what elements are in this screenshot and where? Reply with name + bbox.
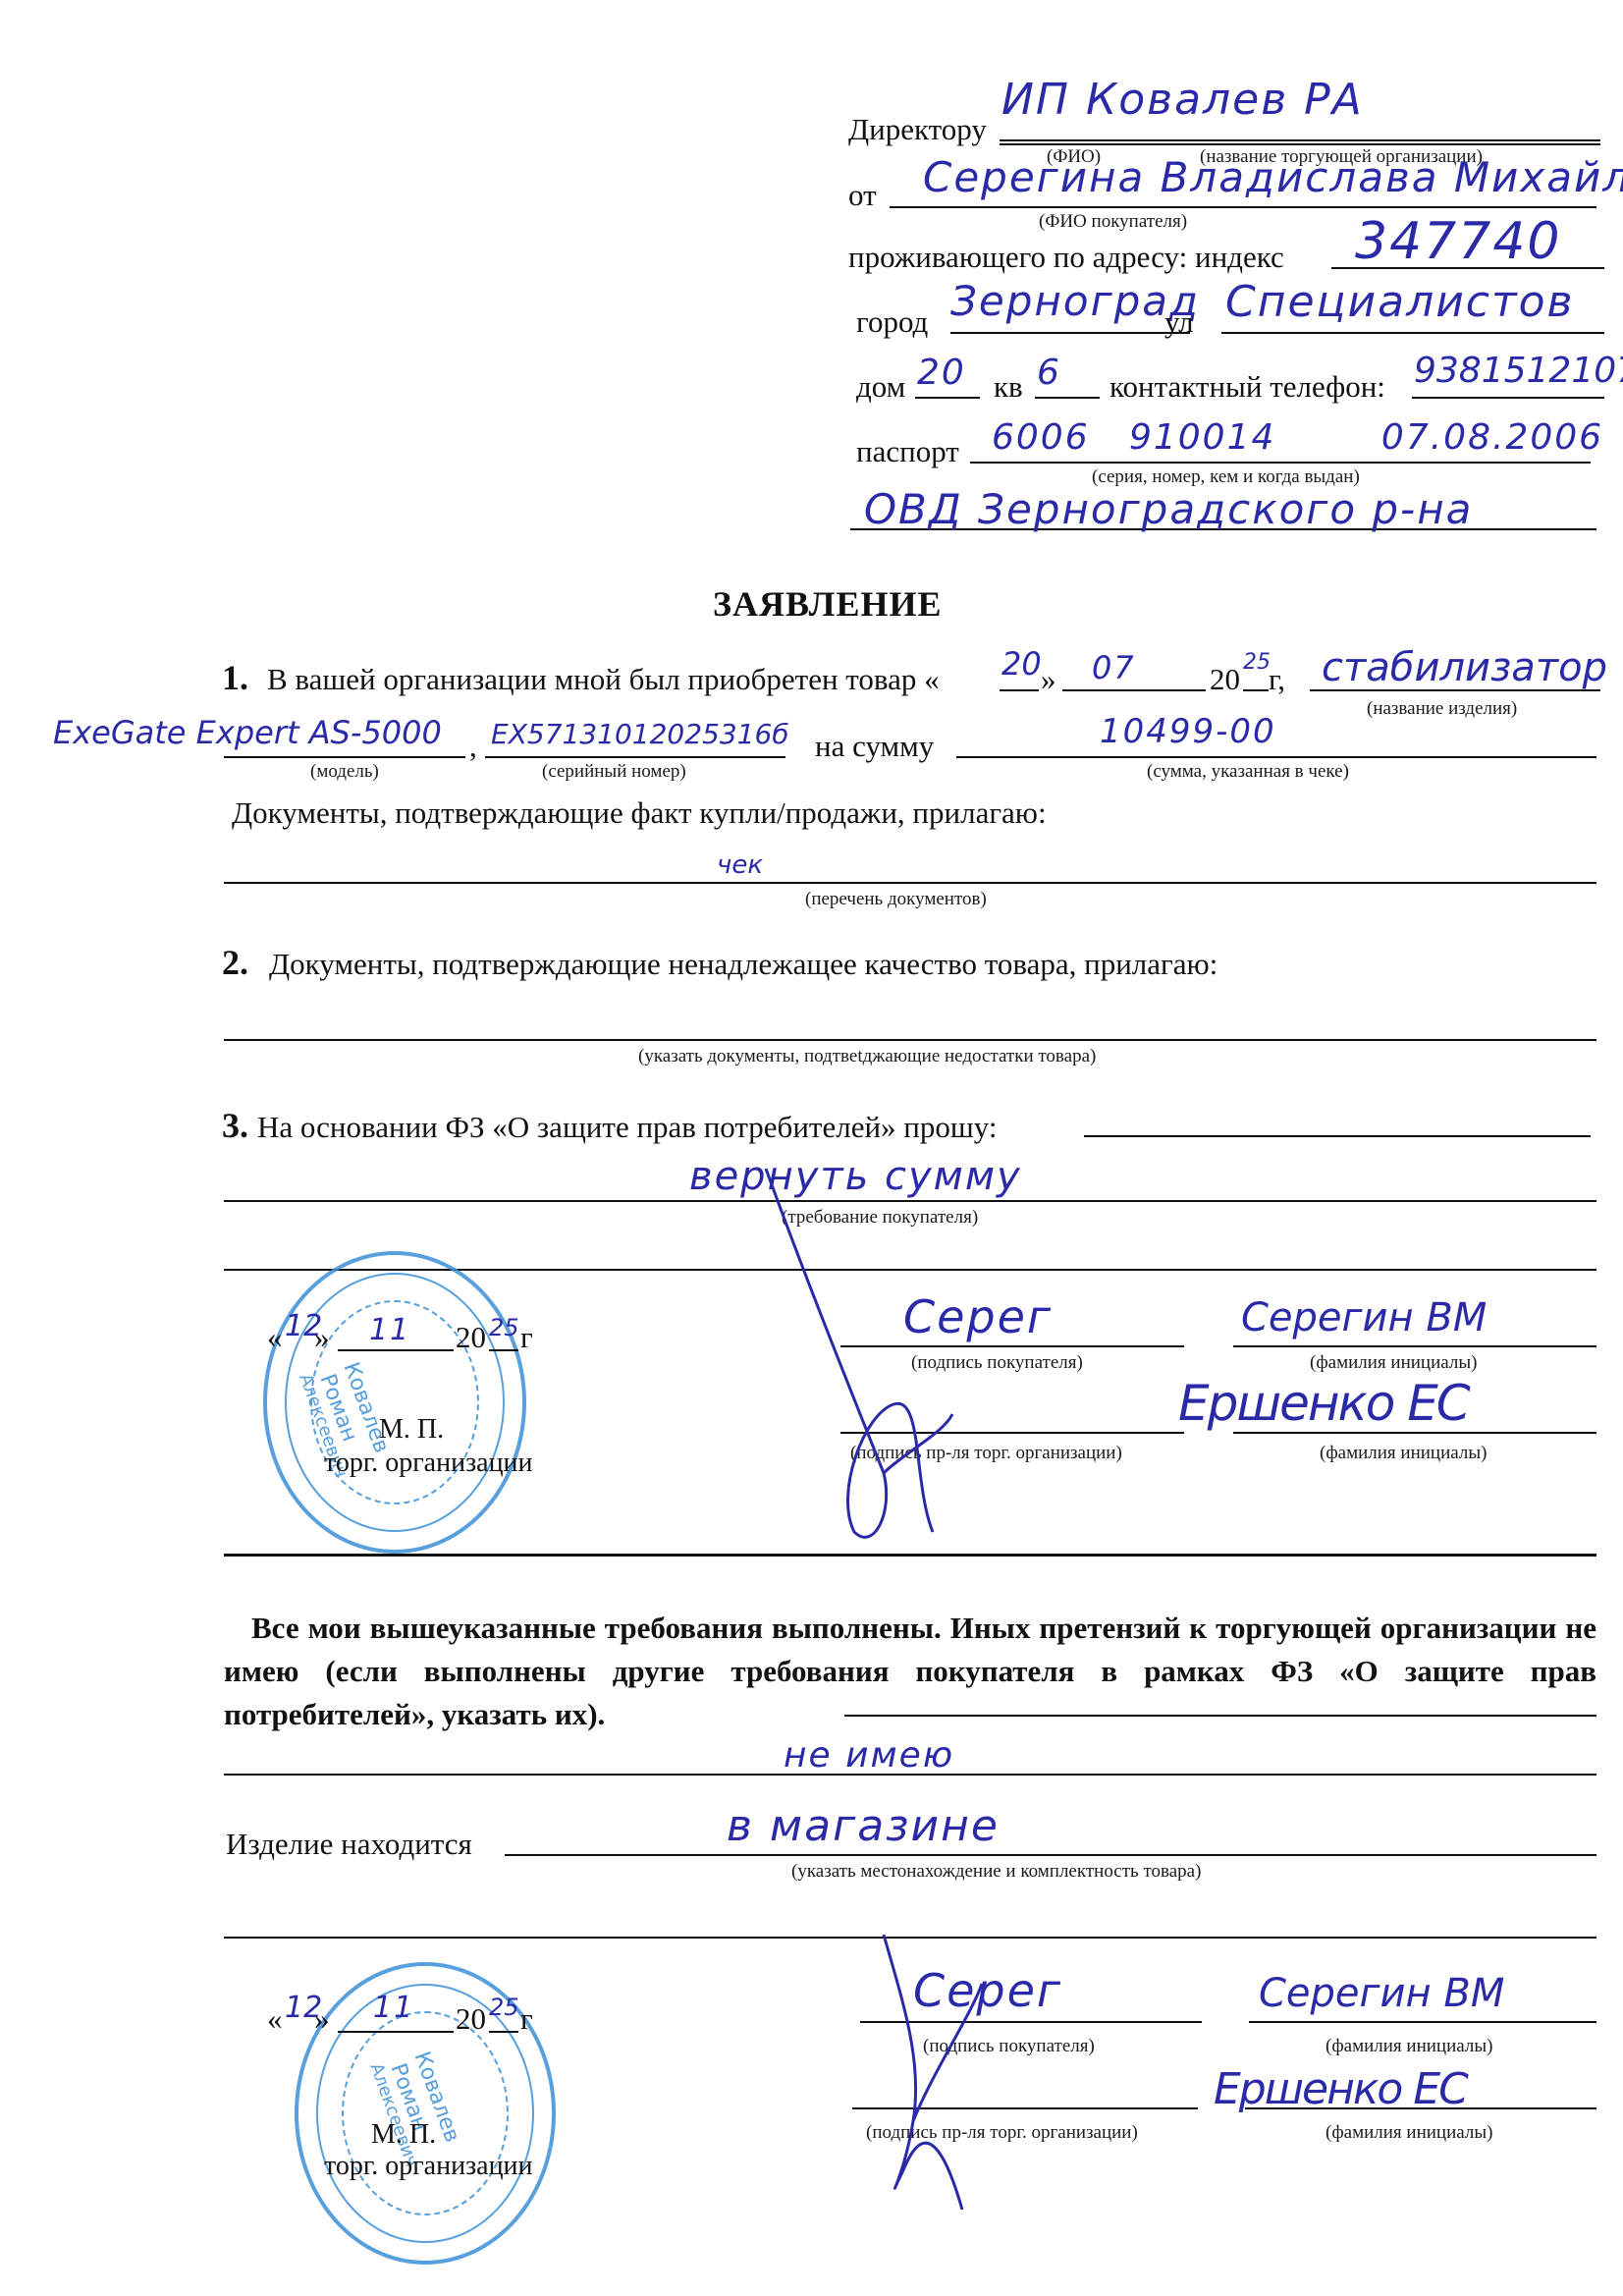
apt-label: кв [994,371,1023,402]
date-2-year-prefix: 20 [456,2003,486,2034]
section-1-text: В вашей организации мной был приобретен … [267,664,940,694]
date-close: » [314,1322,330,1352]
purchase-day-close: » [1041,664,1056,694]
seller-name-line [1233,1432,1596,1434]
location-line [505,1854,1596,1856]
city-line [950,332,1190,334]
model-comma: , [469,731,477,761]
docs-line [224,882,1596,884]
date-year-end: г [520,1322,533,1352]
passport-line [970,462,1591,464]
street-line [1221,332,1604,334]
section-3-line-1[interactable] [1084,1135,1591,1137]
purchase-month-line [1062,689,1206,691]
date-2-year-end: г [520,2003,533,2034]
buyer-name-caption: (фамилия инициалы) [1310,1353,1477,1372]
house-label: дом [856,371,905,402]
date-open: « [267,1322,283,1352]
sum-line [956,756,1596,758]
seller-name[interactable]: Ершенко ЕС [1178,1379,1469,1428]
phone-label: контактный телефон: [1109,371,1385,402]
date-year-line [489,1349,518,1351]
from-label: от [848,180,877,210]
docs-label: Документы, подтверждающие факт купли/про… [232,797,1047,828]
section-3-text: На основании ФЗ «О защите прав потребите… [257,1112,997,1142]
location-value[interactable]: в магазине [727,1805,1000,1848]
purchase-day[interactable]: 20 [1001,648,1042,680]
buyer-name-line [1233,1345,1596,1347]
city-label: город [856,306,928,337]
date-month-line [338,1349,454,1351]
director-value[interactable]: ИП Ковалев РА [1001,79,1364,122]
date-2-year-suffix[interactable]: 25 [489,1995,519,2019]
purchase-year-end: г, [1269,664,1285,694]
mp-2-org-label: торг. организации [324,2153,533,2180]
buyer-2-name[interactable]: Серегин ВМ [1259,1974,1504,2013]
company-stamp: Ковалев Роман Алексеевич [263,1251,526,1554]
purchase-day-line [1000,689,1039,691]
date-year-prefix: 20 [456,1322,486,1352]
date-2-month[interactable]: 11 [373,1994,414,2023]
model-value[interactable]: ExeGate Expert AS-5000 [53,717,442,748]
seller-signature-stroke [746,1159,1041,1571]
date-year-suffix[interactable]: 25 [489,1316,519,1339]
sum-value[interactable]: 10499-00 [1100,715,1276,748]
purchase-year-prefix: 20 [1210,664,1240,694]
serial-value[interactable]: EX57131012025316б [491,721,789,748]
seller-2-signature-stroke [864,1925,1001,2219]
passport-value[interactable]: 6006 910014 07.08.2006 [992,420,1603,456]
passport-issuer[interactable]: ОВД Зерноградского р-на [864,489,1473,530]
passport-caption: (серия, номер, кем и когда выдан) [1092,467,1360,486]
city-value[interactable]: Зерноград [950,281,1200,322]
purchase-month[interactable]: 07 [1092,652,1136,683]
serial-caption: (серийный номер) [542,762,686,781]
product-caption: (название изделия) [1367,699,1517,718]
purchase-year-line [1243,689,1269,691]
from-value[interactable]: Серегина Владислава Михайловича [923,157,1623,198]
director-label: Директору [848,114,987,144]
section-2-caption: (указать документы, подтвеtджающие недос… [638,1047,1096,1066]
director-line [1000,139,1600,145]
other-claims-value[interactable]: не имею [784,1738,954,1774]
closing-paragraph: Все мои вышеуказанные требования выполне… [224,1607,1596,1736]
house-line [915,397,980,399]
phone-line [1412,397,1604,399]
seller-name-caption: (фамилия инициалы) [1320,1444,1487,1462]
location-label: Изделие находится [226,1829,472,1859]
date-2-year-line [489,2031,518,2033]
from-line [890,206,1596,208]
date-2-month-line [338,2031,454,2033]
date-2-open: « [267,2003,283,2034]
street-label: ул [1164,306,1194,337]
mp-org-label: торг. организации [324,1449,533,1477]
index-value[interactable]: 347740 [1355,216,1562,267]
serial-line [485,756,785,758]
model-line [224,756,465,758]
model-caption: (модель) [310,762,379,781]
section-2-text: Документы, подтверждающие ненадлежащее к… [269,949,1217,979]
mp-label: М. П. [379,1416,444,1444]
section-1-number: 1. [222,660,248,695]
buyer-2-name-line [1249,2021,1596,2023]
purchase-year-suffix[interactable]: 25 [1243,652,1271,674]
section-2-line[interactable] [224,1039,1596,1041]
date-month[interactable]: 11 [369,1316,410,1345]
sum-caption: (сумма, указанная в чеке) [1147,762,1349,781]
section-3-number: 3. [222,1108,248,1143]
street-value[interactable]: Специалистов [1225,281,1574,324]
mp-2-label: М. П. [371,2121,436,2149]
phone-value[interactable]: 9381512107 [1414,354,1623,389]
address-label: проживающего по адресу: индекс [848,242,1284,272]
date-2-close: » [314,2003,330,2034]
product-name[interactable]: стабилизатор [1322,648,1607,687]
docs-value[interactable]: чек [717,852,763,878]
seller-2-name[interactable]: Ершенко ЕС [1214,2068,1467,2111]
section-divider [224,1554,1596,1557]
sum-label: на сумму [815,731,934,761]
section-2-number: 2. [222,945,248,980]
buyer-2-name-caption: (фамилия инициалы) [1325,2037,1492,2055]
docs-caption: (перечень документов) [805,890,987,908]
passport-label: паспорт [856,436,959,466]
location-caption: (указать местонахождение и комплектность… [791,1862,1201,1881]
document-title: ЗАЯВЛЕНИЕ [713,583,943,625]
apt-value[interactable]: 6 [1037,355,1061,391]
apt-line [1035,397,1100,399]
seller-2-name-caption: (фамилия инициалы) [1325,2123,1492,2142]
buyer-name[interactable]: Серегин ВМ [1241,1298,1487,1338]
closing-line-1 [844,1715,1596,1717]
buyer-caption: (ФИО покупателя) [1039,212,1187,231]
house-value[interactable]: 20 [917,355,966,391]
